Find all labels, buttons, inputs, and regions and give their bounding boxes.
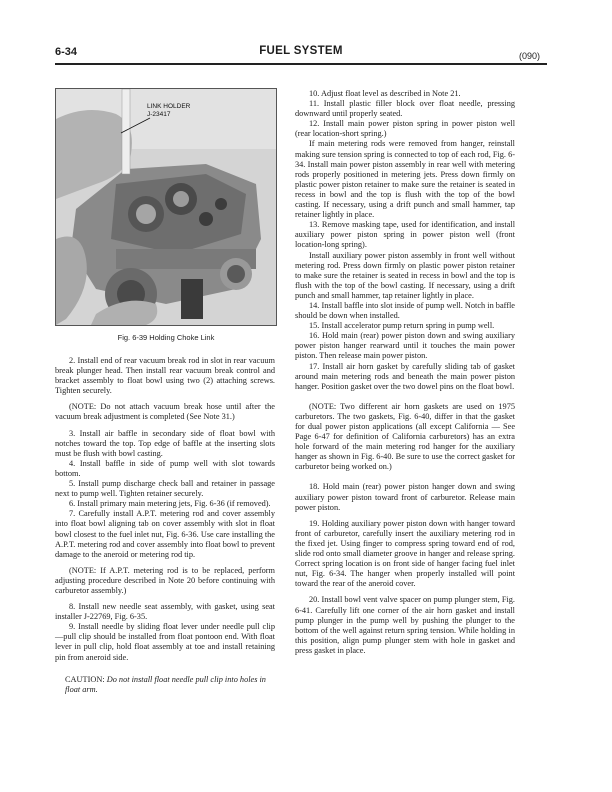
paragraph-step-13: 13. Remove masking tape, used for identi… [295,220,515,250]
paragraph-note-air-horn-gaskets: (NOTE: Two different air horn gaskets ar… [295,402,515,473]
figure-callout-label: LINK HOLDER J-23417 [101,103,190,119]
paragraph-step-7: 7. Carefully install A.P.T. metering rod… [55,509,275,559]
paragraph-step-12: 12. Install main power piston spring in … [295,119,515,139]
page-header: 6-34 FUEL SYSTEM (090) [55,44,547,64]
caution-label: CAUTION: [65,675,105,684]
paragraph-step-14: 14. Install baffle into slot inside of p… [295,301,515,321]
paragraph-auxiliary-power-piston: Install auxiliary power piston assembly … [295,251,515,301]
paragraph-step-18: 18. Hold main (rear) power piston hanger… [295,482,515,512]
carburetor-photo-illustration [56,89,276,325]
paragraph-step-20: 20. Install bowl vent valve spacer on pu… [295,595,515,656]
paragraph-main-metering-rods: If main metering rods were removed from … [295,139,515,220]
paragraph-step-4: 4. Install baffle in side of pump well w… [55,459,275,479]
paragraph-note-vacuum-break: (NOTE: Do not attach vacuum break hose u… [55,402,275,422]
paragraph-step-17: 17. Install air horn gasket by carefully… [295,362,515,392]
caution-note: CAUTION: Do not install float needle pul… [55,675,275,695]
paragraph-step-6: 6. Install primary main metering jets, F… [55,499,275,509]
right-text-column: 10. Adjust float level as described in N… [295,89,515,656]
paragraph-step-15: 15. Install accelerator pump return spri… [295,321,515,331]
paragraph-step-2: 2. Install end of rear vacuum break rod … [55,356,275,396]
left-text-column: 2. Install end of rear vacuum break rod … [55,356,275,695]
paragraph-step-16: 16. Hold main (rear) power piston down a… [295,331,515,361]
figure-caption: Fig. 6-39 Holding Choke Link [55,333,277,342]
callout-line-1: LINK HOLDER [101,103,190,111]
paragraph-note-apt-rod: (NOTE: If A.P.T. metering rod is to be r… [55,566,275,596]
figure-photo-carburetor: LINK HOLDER J-23417 [55,88,277,326]
paragraph-step-19: 19. Holding auxiliary power piston down … [295,519,515,590]
callout-line-2: J-23417 [101,111,190,119]
paragraph-step-3: 3. Install air baffle in secondary side … [55,429,275,459]
section-title: FUEL SYSTEM [55,45,547,57]
header-rule [55,63,547,65]
section-code: (090) [519,51,540,61]
paragraph-step-10: 10. Adjust float level as described in N… [295,89,515,99]
paragraph-step-5: 5. Install pump discharge check ball and… [55,479,275,499]
paragraph-step-9: 9. Install needle by sliding float lever… [55,622,275,662]
paragraph-step-11: 11. Install plastic filler block over fl… [295,99,515,119]
paragraph-step-8: 8. Install new needle seat assembly, wit… [55,602,275,622]
